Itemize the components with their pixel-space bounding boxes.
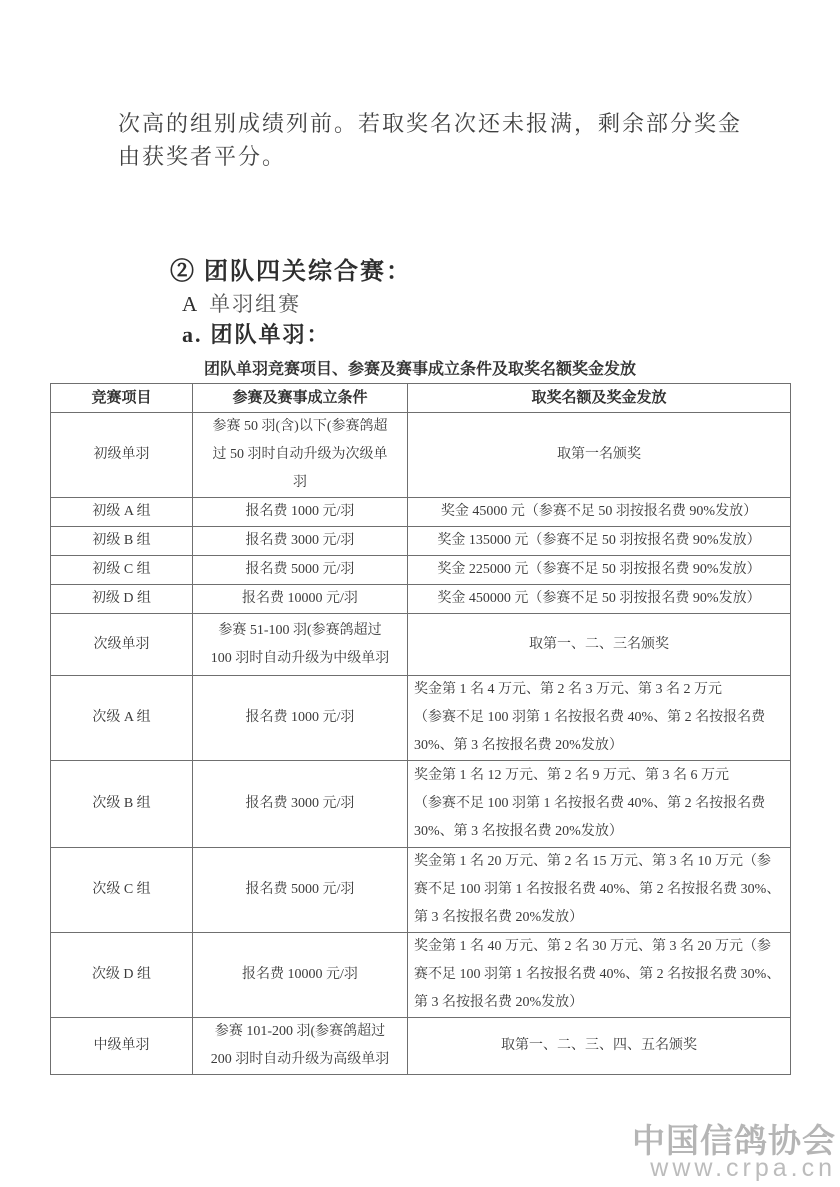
- condition-cell: 报名费 3000 元/羽: [193, 527, 408, 556]
- subheading-b-label: a.: [182, 322, 203, 347]
- project-cell: 次级 D 组: [51, 933, 193, 1018]
- project-cell: 中级单羽: [51, 1018, 193, 1075]
- subheading-a: A单羽组赛: [182, 288, 301, 318]
- award-cell: 奖金第 1 名 40 万元、第 2 名 30 万元、第 3 名 20 万元（参 …: [408, 933, 791, 1018]
- intro-paragraph: 次高的组别成绩列前。若取奖名次还未报满，剩余部分奖金 由获奖者平分。: [118, 107, 778, 173]
- project-cell: 初级 A 组: [51, 498, 193, 527]
- condition-cell: 参赛 101-200 羽(参赛鸽超过 200 羽时自动升级为高级单羽: [193, 1018, 408, 1075]
- condition-cell: 参赛 50 羽(含)以下(参赛鸽超 过 50 羽时自动升级为次级单 羽: [193, 413, 408, 498]
- condition-cell: 报名费 10000 元/羽: [193, 585, 408, 614]
- subheading-a-label: A: [182, 292, 199, 316]
- project-cell: 初级 C 组: [51, 556, 193, 585]
- subheading-a-text: 单羽组赛: [209, 292, 301, 316]
- award-cell: 奖金 450000 元（参赛不足 50 羽按报名费 90%发放）: [408, 585, 791, 614]
- rules-table: 竞赛项目 参赛及赛事成立条件 取奖名额及奖金发放 初级单羽 参赛 50 羽(含)…: [50, 383, 791, 1075]
- table-row: 初级 D 组 报名费 10000 元/羽 奖金 450000 元（参赛不足 50…: [51, 585, 791, 614]
- condition-cell: 报名费 1000 元/羽: [193, 676, 408, 761]
- award-cell: 奖金 225000 元（参赛不足 50 羽按报名费 90%发放）: [408, 556, 791, 585]
- header-project: 竞赛项目: [51, 384, 193, 413]
- condition-cell: 报名费 3000 元/羽: [193, 761, 408, 848]
- award-cell: 奖金 135000 元（参赛不足 50 羽按报名费 90%发放）: [408, 527, 791, 556]
- table-row: 初级 A 组 报名费 1000 元/羽 奖金 45000 元（参赛不足 50 羽…: [51, 498, 791, 527]
- condition-cell: 报名费 5000 元/羽: [193, 556, 408, 585]
- condition-cell: 报名费 5000 元/羽: [193, 848, 408, 933]
- table-row: 次级单羽 参赛 51-100 羽(参赛鸽超过 100 羽时自动升级为中级单羽 取…: [51, 614, 791, 676]
- award-cell: 奖金第 1 名 20 万元、第 2 名 15 万元、第 3 名 10 万元（参 …: [408, 848, 791, 933]
- document-page: 次高的组别成绩列前。若取奖名次还未报满，剩余部分奖金 由获奖者平分。 ② 团队四…: [0, 0, 840, 1187]
- project-cell: 初级 B 组: [51, 527, 193, 556]
- project-cell: 次级 B 组: [51, 761, 193, 848]
- project-cell: 次级单羽: [51, 614, 193, 676]
- project-cell: 初级单羽: [51, 413, 193, 498]
- subheading-b: a.团队单羽：: [182, 318, 331, 349]
- project-cell: 次级 C 组: [51, 848, 193, 933]
- award-cell: 取第一名颁奖: [408, 413, 791, 498]
- table-row: 初级 B 组 报名费 3000 元/羽 奖金 135000 元（参赛不足 50 …: [51, 527, 791, 556]
- table-row: 次级 A 组 报名费 1000 元/羽 奖金第 1 名 4 万元、第 2 名 3…: [51, 676, 791, 761]
- project-cell: 初级 D 组: [51, 585, 193, 614]
- award-cell: 奖金第 1 名 12 万元、第 2 名 9 万元、第 3 名 6 万元 （参赛不…: [408, 761, 791, 848]
- subheading-b-text: 团队单羽：: [211, 322, 331, 347]
- award-cell: 取第一、二、三名颁奖: [408, 614, 791, 676]
- condition-cell: 报名费 10000 元/羽: [193, 933, 408, 1018]
- section-heading: ② 团队四关综合赛：: [170, 251, 412, 286]
- table-row: 次级 B 组 报名费 3000 元/羽 奖金第 1 名 12 万元、第 2 名 …: [51, 761, 791, 848]
- condition-cell: 参赛 51-100 羽(参赛鸽超过 100 羽时自动升级为中级单羽: [193, 614, 408, 676]
- table-header-row: 竞赛项目 参赛及赛事成立条件 取奖名额及奖金发放: [51, 384, 791, 413]
- table-row: 次级 D 组 报名费 10000 元/羽 奖金第 1 名 40 万元、第 2 名…: [51, 933, 791, 1018]
- table-row: 初级单羽 参赛 50 羽(含)以下(参赛鸽超 过 50 羽时自动升级为次级单 羽…: [51, 413, 791, 498]
- table-title: 团队单羽竞赛项目、参赛及赛事成立条件及取奖名额奖金发放: [50, 356, 790, 379]
- condition-cell: 报名费 1000 元/羽: [193, 498, 408, 527]
- table-row: 中级单羽 参赛 101-200 羽(参赛鸽超过 200 羽时自动升级为高级单羽 …: [51, 1018, 791, 1075]
- award-cell: 奖金 45000 元（参赛不足 50 羽按报名费 90%发放）: [408, 498, 791, 527]
- header-condition: 参赛及赛事成立条件: [193, 384, 408, 413]
- award-cell: 奖金第 1 名 4 万元、第 2 名 3 万元、第 3 名 2 万元 （参赛不足…: [408, 676, 791, 761]
- header-award: 取奖名额及奖金发放: [408, 384, 791, 413]
- table-row: 初级 C 组 报名费 5000 元/羽 奖金 225000 元（参赛不足 50 …: [51, 556, 791, 585]
- project-cell: 次级 A 组: [51, 676, 193, 761]
- award-cell: 取第一、二、三、四、五名颁奖: [408, 1018, 791, 1075]
- watermark-url: www.crpa.cn: [622, 1154, 836, 1183]
- table-row: 次级 C 组 报名费 5000 元/羽 奖金第 1 名 20 万元、第 2 名 …: [51, 848, 791, 933]
